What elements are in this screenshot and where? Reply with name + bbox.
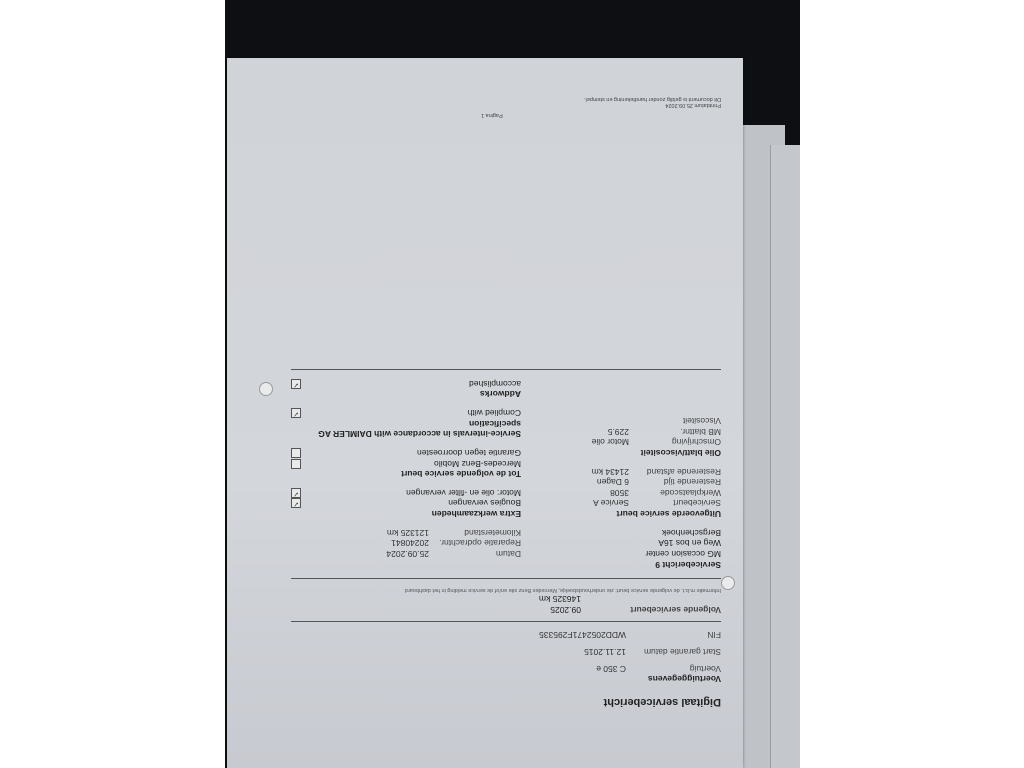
intervals-heading: Service-intervals in accordance with DAI… [291,418,521,439]
field-value: Motor olie [592,437,629,448]
report-heading: Servicebericht 9 [251,559,721,570]
field-label: Omschrijving [629,437,721,448]
field-value: 229.5 [608,426,629,437]
field-label: Voertuig [626,663,721,674]
document-title: Digitaal servicebericht [251,694,721,708]
field-label: Viscositeit [629,416,721,427]
field-label: Start garantie datum [626,646,721,657]
validity-note: Dit document is geldig zonder handtekeni… [251,96,721,102]
field-value: 121325 km [387,527,429,538]
checklist-label: Complied with [468,408,521,419]
field-label: Resterende afstand [629,466,721,477]
print-date: Printdatum 25.09.2024 [251,102,721,108]
field-label: FIN [626,630,721,641]
checklist-label: Garantie tegen doorroesten [417,447,521,458]
workshop-city: Bergschenhoek [521,527,721,538]
field-value: 20240841 [391,538,429,549]
checkbox-unchecked [291,459,301,469]
until-next-heading: Tot de volgende service beurt [291,469,521,480]
divider [291,369,721,370]
next-service-heading: Volgende servicebeurt [581,594,721,615]
field-label: Reparatie opdrachtnr. [429,538,521,549]
workshop-street: Weg en bos 16A [521,538,721,549]
field-label: Datum [429,548,521,559]
field-label: MB blattnr. [629,426,721,437]
workshop-name: MG occasion center [521,548,721,559]
page-footer: Pagina 1 Printdatum 25.09.2024 Dit docum… [251,96,721,108]
next-service-km: 146325 km [539,594,581,604]
field-label: Kilometerstand [429,527,521,538]
service-report-page: Digitaal servicebericht Voertuiggegevens… [227,58,743,768]
divider [291,578,721,579]
performed-heading: Uitgevoerde service beurt [521,509,721,520]
checklist-label: Bougies vervangen [448,498,521,509]
photo-background: Digitaal servicebericht Voertuiggegevens… [225,0,800,768]
field-value: 25.09.2024 [386,548,429,559]
checklist-label: accomplished [469,378,521,389]
field-value: Service A [593,498,629,509]
page-number: Pagina 1 [481,112,503,118]
oil-heading: Olie blatt/viscositeit [521,447,721,458]
checkbox-checked: ✓ [291,408,301,418]
field-value: 3508 [610,487,629,498]
next-service-date: 09.2025 [550,605,581,615]
field-label: Servicebeurt [629,498,721,509]
addworks-heading: Addworks [291,389,521,400]
checkbox-unchecked [291,448,301,458]
vehicle-heading: Voertuiggegevens [251,674,721,685]
punch-hole [721,576,735,590]
checkbox-checked: ✓ [291,379,301,389]
field-value: 6 Dagen [597,477,629,488]
checkbox-checked: ✓ [291,499,301,509]
checklist-label: Motor: olie en -filter vervangen [406,487,521,498]
field-label: Resterende tijd [629,477,721,488]
field-value: C 350 e [596,663,626,674]
underlying-sheet [770,145,800,768]
field-value: 21434 km [592,466,629,477]
next-service-note: Informatie m.b.t. de volgende service be… [251,587,721,594]
checklist-label: Mercedes-Benz Mobilo [434,458,521,469]
divider [291,621,721,622]
field-value: 12.11.2015 [584,646,626,657]
field-value: WDD2052471F295335 [539,630,626,641]
extra-heading: Extra werkzaamheden [291,509,521,520]
field-label: Werkplaatscode [629,487,721,498]
checkbox-checked: ✓ [291,488,301,498]
